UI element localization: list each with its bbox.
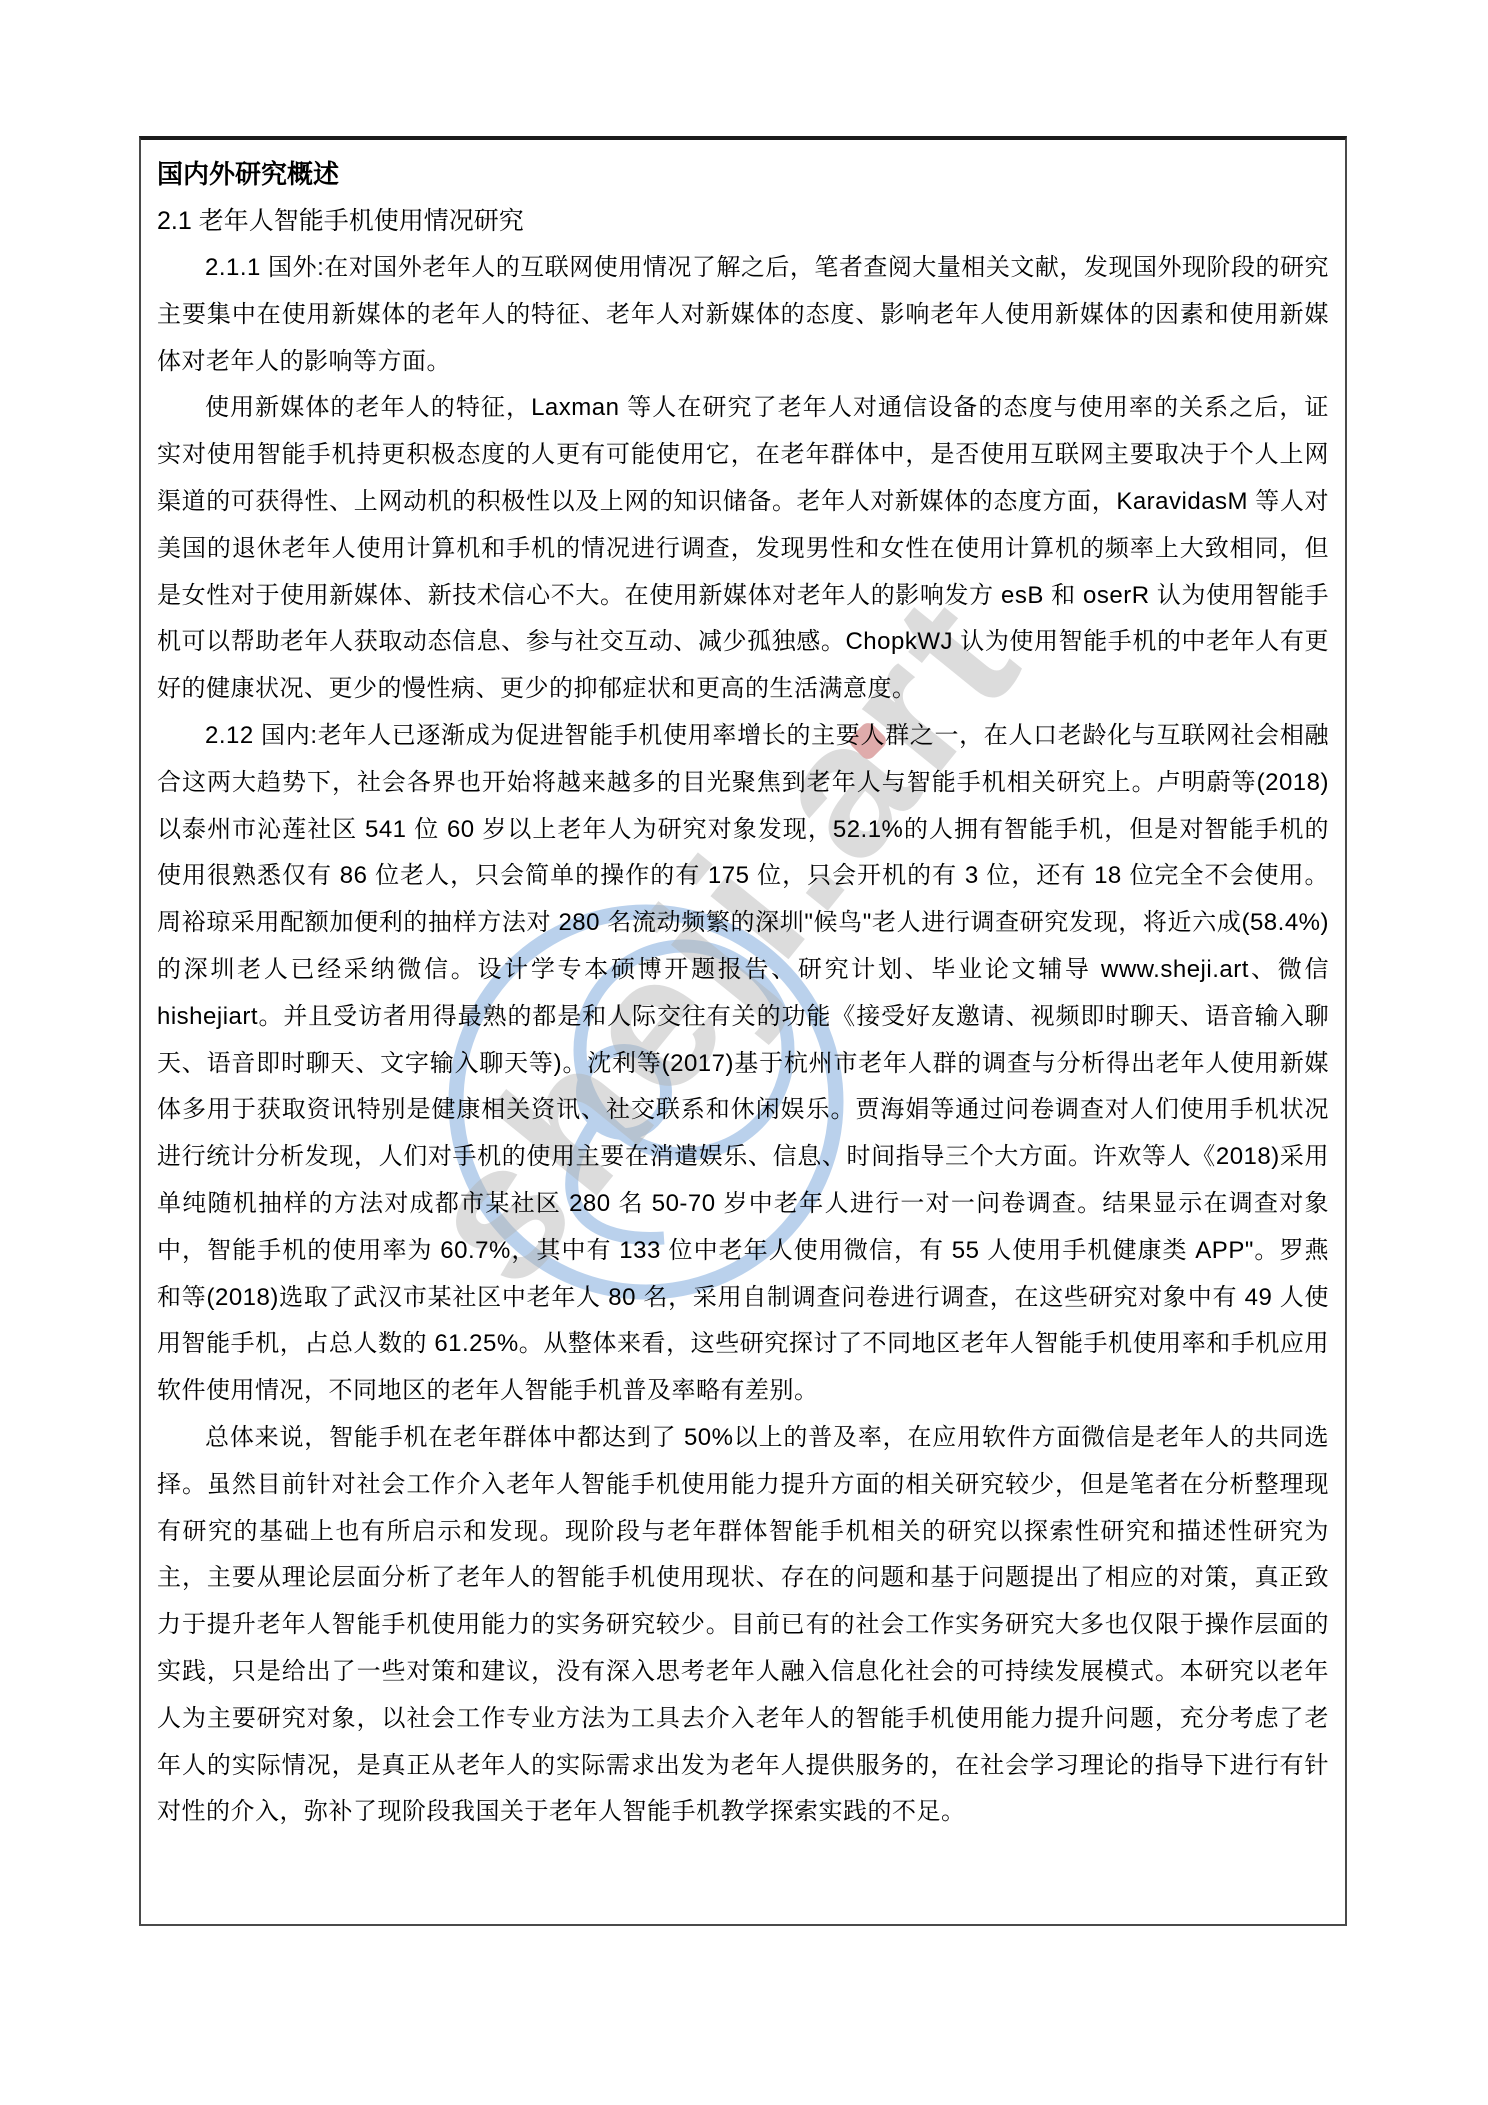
paragraph-2: 使用新媒体的老年人的特征，Laxman 等人在研究了老年人对通信设备的态度与使用… [157,385,1329,713]
paragraph-4: 总体来说，智能手机在老年群体中都达到了 50%以上的普及率，在应用软件方面微信是… [157,1415,1329,1836]
doc-title: 国内外研究概述 [157,151,1329,198]
section-heading: 2.1 老年人智能手机使用情况研究 [157,198,1329,245]
paragraph-3: 2.12 国内:老年人已逐渐成为促进智能手机使用率增长的主要人群之一，在人口老龄… [157,713,1329,1415]
document-border-box: sheji.art 国内外研究概述 2.1 老年人智能手机使用情况研究 2.1.… [139,136,1347,1926]
paragraph-1: 2.1.1 国外:在对国外老年人的互联网使用情况了解之后，笔者查阅大量相关文献，… [157,245,1329,385]
document-content: 国内外研究概述 2.1 老年人智能手机使用情况研究 2.1.1 国外:在对国外老… [157,151,1329,1836]
